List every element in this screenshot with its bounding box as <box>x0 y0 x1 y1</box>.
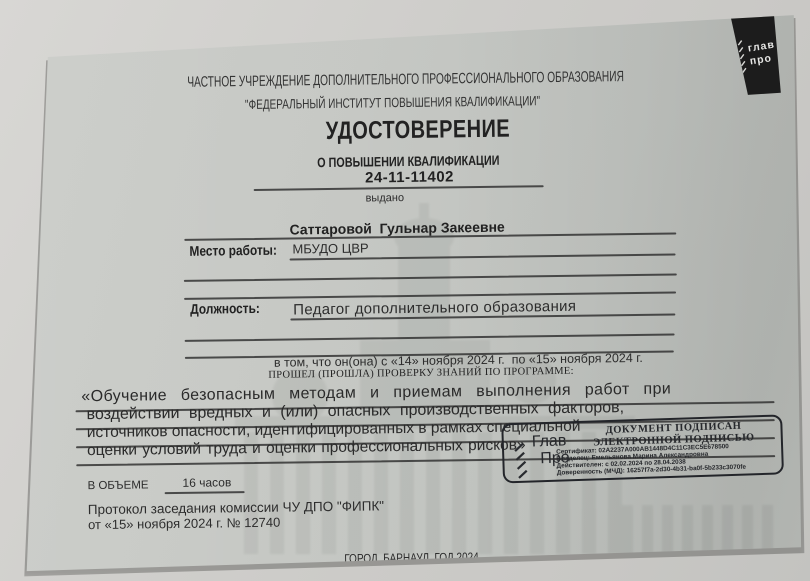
glavpro-corner-logo: глав про <box>727 11 782 98</box>
protocol-line2: от «15» ноября 2024 г. № 12740 <box>88 516 280 533</box>
glavpro-corner-inner: глав про <box>736 35 779 74</box>
photo-background: ЧАСТНОЕ УЧРЕЖДЕНИЕ ДОПОЛНИТЕЛЬНОГО ПРОФЕ… <box>0 0 810 581</box>
underline-rule <box>185 333 675 341</box>
glavpro-zigzag-icon <box>511 443 530 480</box>
issued-label: выдано <box>85 188 685 208</box>
volume-label: В ОБЪЕМЕ <box>87 479 148 493</box>
certificate-paper: ЧАСТНОЕ УЧРЕЖДЕНИЕ ДОПОЛНИТЕЛЬНОГО ПРОФЕ… <box>0 0 810 581</box>
workplace-value: МБУДО ЦВР <box>292 241 368 257</box>
esign-stamp: Глав Про ДОКУМЕНТ ПОДПИСАН ЭЛЕКТРОННОЙ П… <box>501 414 784 483</box>
certificate-content: ЧАСТНОЕ УЧРЕЖДЕНИЕ ДОПОЛНИТЕЛЬНОГО ПРОФЕ… <box>0 0 810 581</box>
corner-logo-line2: про <box>749 51 778 68</box>
volume-value: 16 часов <box>182 476 231 490</box>
workplace-label: Место работы: <box>189 242 277 259</box>
document-title: УДОСТОВЕРЕНИЕ <box>178 113 658 148</box>
underline-rule <box>165 491 245 494</box>
org-name-line2: "ФЕДЕРАЛЬНЫЙ ИНСТИТУТ ПОВЫШЕНИЯ КВАЛИФИК… <box>170 92 614 113</box>
corner-logo-text: глав про <box>747 39 778 69</box>
underline-rule <box>184 273 677 281</box>
position-label: Должность: <box>190 300 260 317</box>
org-name-line1: ЧАСТНОЕ УЧРЕЖДЕНИЕ ДОПОЛНИТЕЛЬНОГО ПРОФЕ… <box>187 68 595 91</box>
underline-rule <box>184 291 676 299</box>
